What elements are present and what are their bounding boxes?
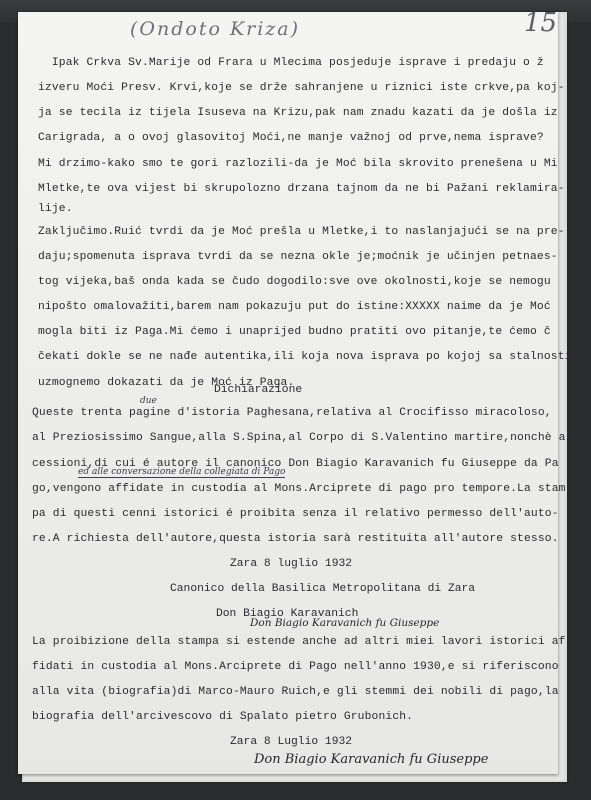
text-line: čekati dokle se ne nađe autentika,ili ko…	[38, 351, 572, 363]
text-line: izveru Moći Presv. Krvi,koje se drže sah…	[38, 82, 565, 94]
text-line: mogla biti iz Paga.Mi ćemo i unaprijed b…	[38, 326, 551, 338]
text-line: fidati in custodia al Mons.Arciprete di …	[32, 661, 559, 673]
text-line: Mletke,te ova vijest bi skrupolozno drza…	[38, 183, 565, 195]
text-line: ja se tecila iz tijela Isuseva na Krizu,…	[38, 107, 558, 119]
declaration-title: Dichiarazione	[214, 384, 302, 396]
text-line: pa di questi cenni istorici é proibita s…	[32, 508, 559, 520]
handwritten-annotation: ed alle conversazione della collegiata d…	[78, 467, 285, 478]
text-line: La proibizione della stampa si estende a…	[32, 636, 572, 648]
text-line: biografia dell'arcivescovo di Spalato pi…	[32, 711, 413, 723]
text-line: lije.	[38, 203, 73, 215]
page-number: 15	[524, 8, 557, 38]
text-line: Carigrada, a o ovoj glasovitoj Moći,ne m…	[38, 132, 544, 144]
text-line: tog vijeka,baš onda kada se čudo dogodil…	[38, 276, 551, 288]
handwritten-header: (Ondoto Kriza)	[130, 18, 300, 40]
text-line: Mi drzimo-kako smo te gori razlozili-da …	[38, 158, 558, 170]
text-line: go,vengono affidate in custodia al Mons.…	[32, 483, 566, 495]
handwritten-signature: Don Biagio Karavanich fu Giuseppe	[250, 617, 439, 629]
text-line: daju;spomenuta isprava tvrdi da se nezna…	[38, 251, 558, 263]
text-line: nipošto omalovažiti,barem nam pokazuju p…	[38, 301, 551, 313]
text-line: al Preziosissimo Sangue,alla S.Spina,al …	[32, 432, 591, 444]
declaration-role: Canonico della Basilica Metropolitana di…	[170, 583, 475, 595]
text-line: re.A richiesta dell'autore,questa istori…	[32, 533, 559, 545]
addendum-date: Zara 8 Luglio 1932	[230, 736, 352, 748]
handwritten-signature: Don Biagio Karavanich fu Giuseppe	[254, 752, 488, 767]
text-line: Zaključimo.Ruić tvrdi da je Moć prešla u…	[38, 226, 565, 238]
declaration-date: Zara 8 luglio 1932	[230, 558, 352, 570]
text-line: Ipak Crkva Sv.Marije od Frara u Mlecima …	[38, 57, 544, 69]
text-line: Queste trenta pagine d'istoria Paghesana…	[32, 407, 552, 419]
handwritten-annotation: due	[140, 396, 157, 406]
text-line: alla vita (biografia)di Marco-Mauro Ruic…	[32, 686, 559, 698]
document-page: (Ondoto Kriza) 15 Ipak Crkva Sv.Marije o…	[18, 12, 558, 774]
